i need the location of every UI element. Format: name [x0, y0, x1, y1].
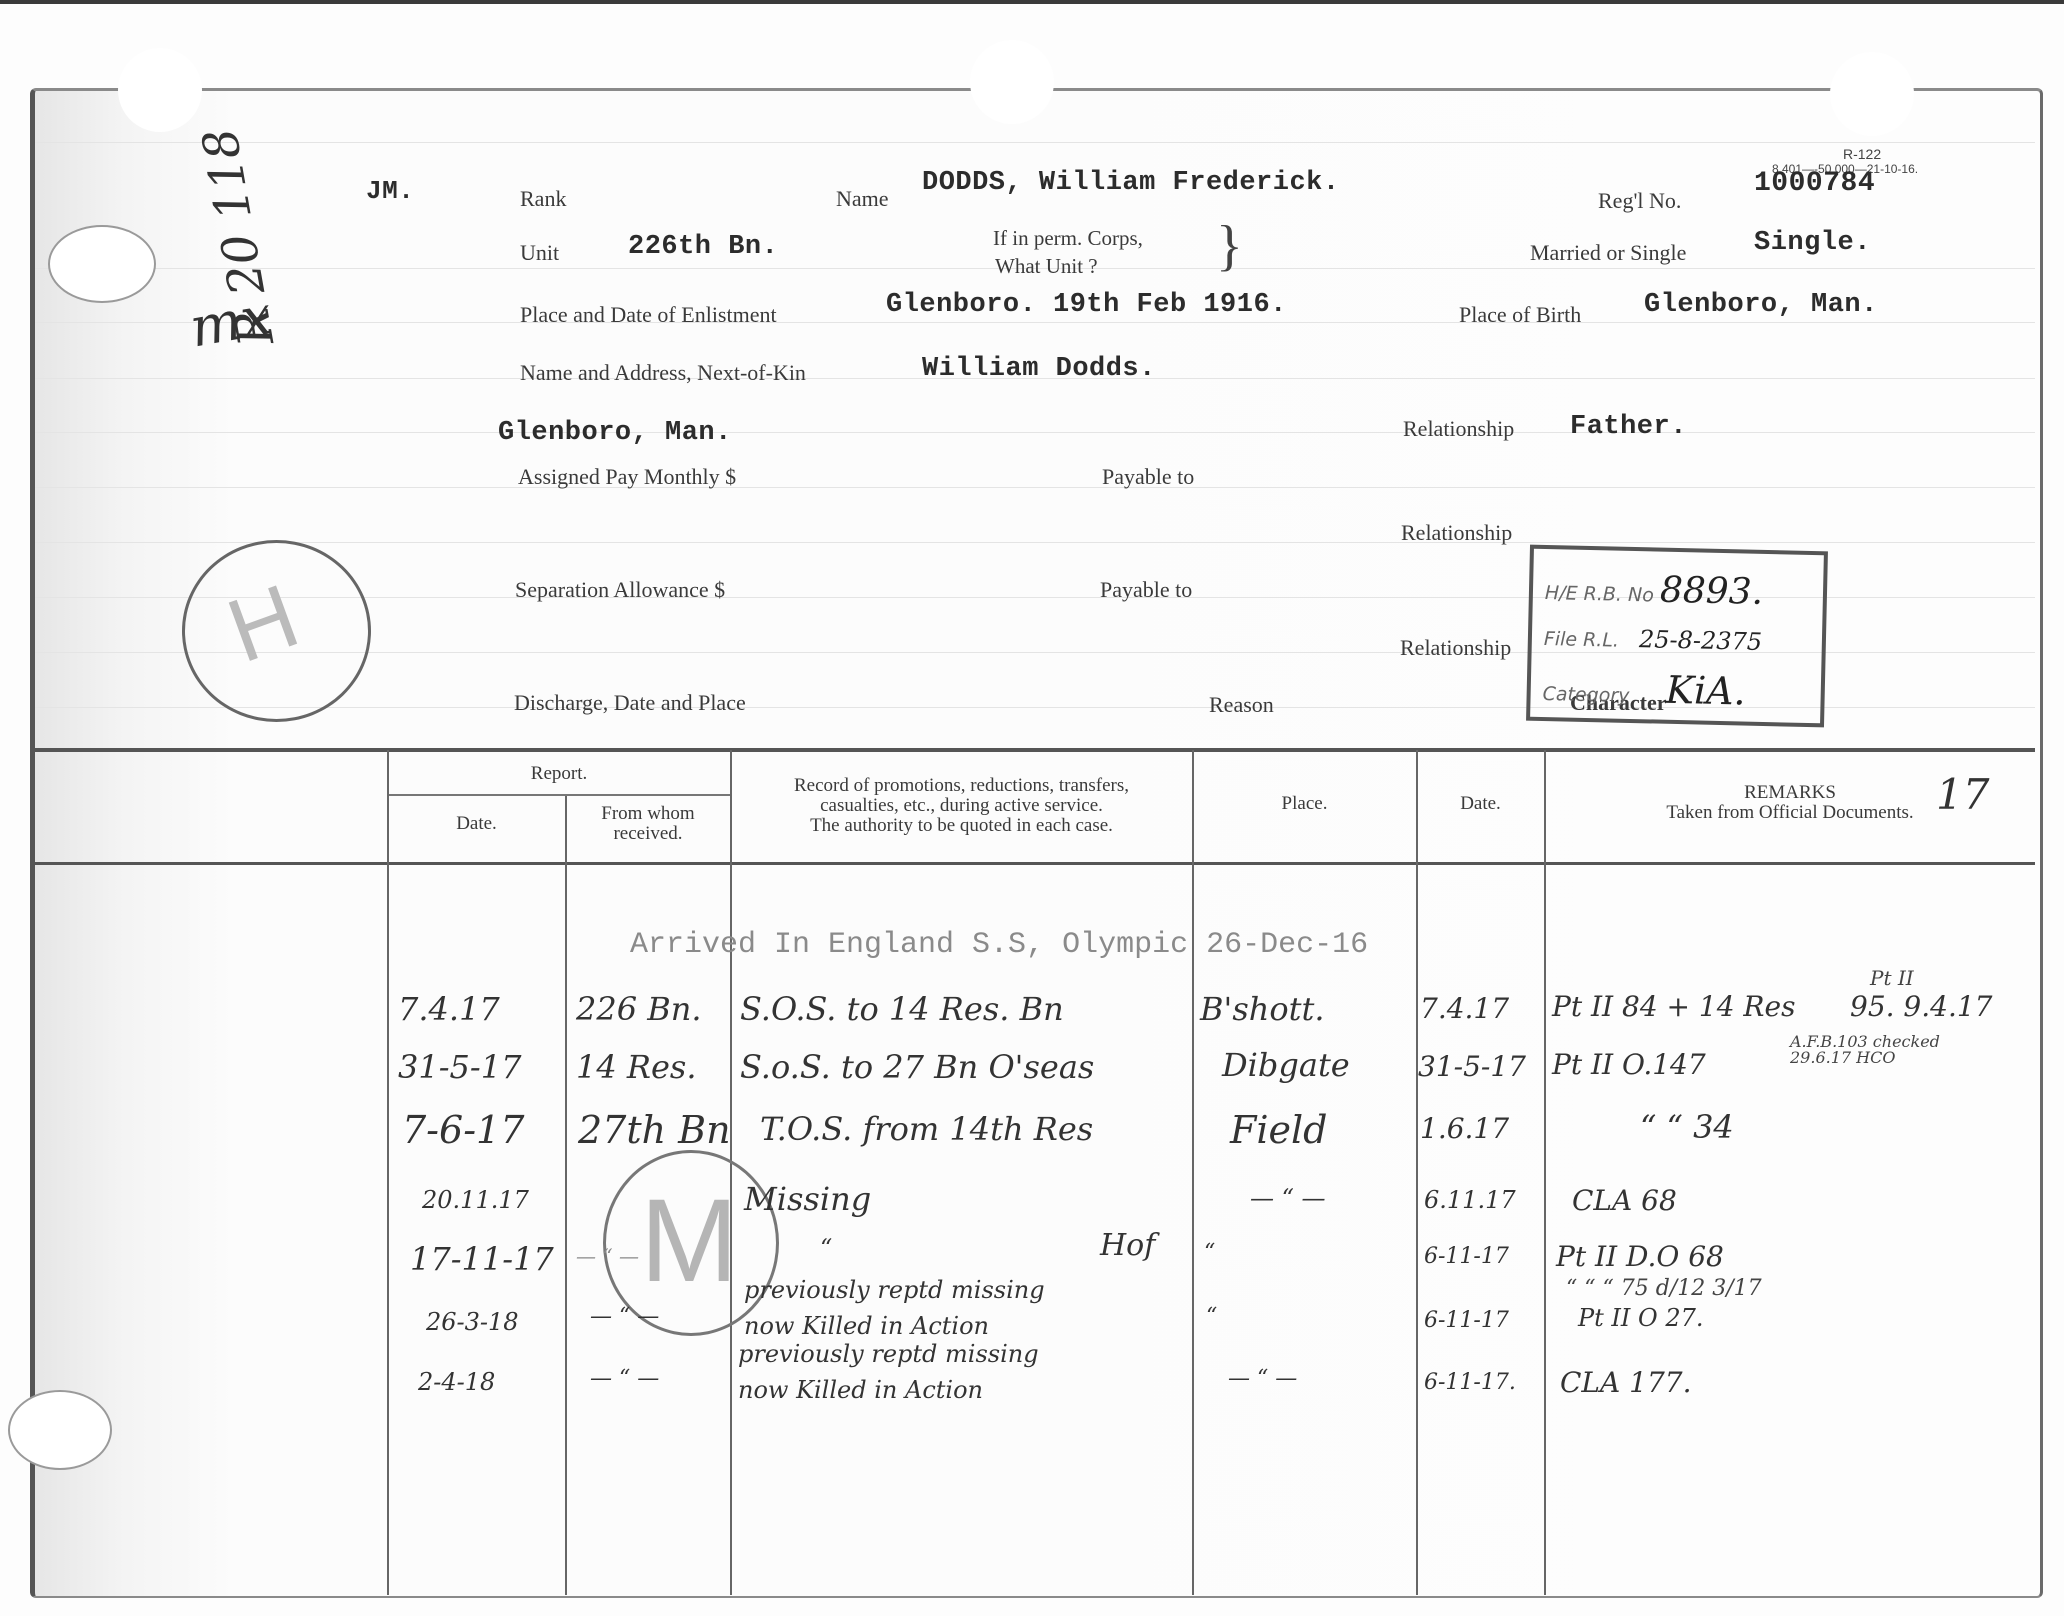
- row-date: 6-11-17: [1424, 1308, 1509, 1333]
- row-remarks: “ “ 34: [1640, 1108, 1734, 1146]
- row-remarks-super: Pt II: [1870, 966, 1914, 990]
- row-remarks: CLA 68: [1572, 1184, 1677, 1217]
- row-record-line: previously reptd missing: [738, 1336, 1039, 1372]
- stamp-rb-label: H/E R.B. No: [1545, 582, 1654, 606]
- row-from-whom: — “ —: [590, 1366, 659, 1391]
- row-remarks: Pt II O 27.: [1578, 1304, 1703, 1332]
- arrival-note: Arrived In England S.S, Olympic 26-Dec-1…: [630, 928, 1368, 962]
- payable-to-label: Payable to: [1102, 464, 1194, 490]
- relationship-value: Father.: [1570, 412, 1687, 442]
- what-unit-label: What Unit ?: [995, 254, 1098, 279]
- row-remarks-extra: “ “ “ 75 d/12 3/17: [1566, 1276, 1762, 1301]
- row-place: “: [1204, 1240, 1215, 1265]
- next-of-kin-name: William Dodds.: [922, 354, 1156, 384]
- punch-hole: [8, 1390, 112, 1470]
- ruled-line: [35, 487, 2035, 488]
- birth-label: Place of Birth: [1459, 302, 1581, 328]
- scan-top-edge: [0, 0, 2064, 4]
- stamp-category-label: Category: [1542, 683, 1629, 707]
- header-place: Place.: [1193, 794, 1416, 814]
- table-top-border: [34, 748, 2035, 752]
- column-divider: [1192, 750, 1194, 1595]
- form-code: R-122: [1843, 146, 1881, 162]
- header-record: Record of promotions, reductions, transf…: [731, 776, 1192, 836]
- report-group-divider: [388, 794, 731, 796]
- column-divider: [565, 796, 567, 1595]
- column-divider: [1544, 750, 1546, 1595]
- enlistment-value: Glenboro. 19th Feb 1916.: [886, 290, 1287, 320]
- stamp-file-label: File R.L.: [1544, 628, 1620, 652]
- row-from-whom: 226 Bn.: [576, 990, 702, 1028]
- row-record: previously reptd missing now Killed in A…: [744, 1272, 1045, 1344]
- column-divider: [387, 750, 389, 1595]
- row-report-date: 7.4.17: [398, 990, 500, 1028]
- payable-to-label-2: Payable to: [1100, 577, 1192, 603]
- row-place: Dibgate: [1222, 1046, 1350, 1084]
- ruled-line: [35, 432, 2035, 433]
- row-record: “: [820, 1234, 832, 1262]
- row-remarks: Pt II D.O 68: [1556, 1240, 1724, 1273]
- assigned-pay-label: Assigned Pay Monthly $: [518, 464, 736, 490]
- relationship-label: Relationship: [1403, 416, 1514, 442]
- record-stamp: H/E R.B. No 8893. File R.L. 25-8-2375 Ca…: [1526, 545, 1828, 728]
- row-record: S.O.S. to 14 Res. Bn: [740, 990, 1064, 1028]
- punch-hole: [970, 40, 1054, 124]
- row-record: previously reptd missing now Killed in A…: [738, 1336, 1039, 1408]
- header-record-line: Record of promotions, reductions, transf…: [731, 776, 1192, 796]
- circle-stamp-letter: M: [640, 1173, 738, 1309]
- header-record-line: The authority to be quoted in each case.: [731, 816, 1192, 836]
- row-remarks-extra: A.F.B.103 checked 29.6.17 HCO: [1790, 1034, 1990, 1066]
- row-record-line: now Killed in Action: [738, 1372, 1039, 1408]
- page-number-note: 17: [1936, 770, 1989, 819]
- relationship-label-2: Relationship: [1401, 520, 1512, 546]
- header-report: Report.: [388, 764, 730, 784]
- row-report-date: 17-11-17: [410, 1240, 554, 1278]
- header-from-whom: From whom received.: [566, 804, 730, 844]
- row-remarks: CLA 177.: [1560, 1366, 1691, 1399]
- name-value: DODDS, William Frederick.: [922, 168, 1340, 198]
- row-place: — “ —: [1228, 1366, 1297, 1391]
- row-from-whom: 27th Bn: [578, 1108, 731, 1152]
- row-from-whom: 14 Res.: [576, 1048, 697, 1086]
- record-prefix: JM.: [366, 176, 414, 206]
- row-remarks-extra: 95. 9.4.17: [1850, 990, 1993, 1023]
- row-date: 7.4.17: [1420, 992, 1509, 1025]
- unit-label: Unit: [520, 240, 559, 266]
- table-header-bottom: [34, 862, 2035, 865]
- circle-stamp-letter: H: [215, 565, 311, 684]
- perm-corps-label: If in perm. Corps,: [993, 226, 1143, 251]
- row-report-date: 26-3-18: [426, 1308, 519, 1336]
- row-remarks: Pt II O.147: [1552, 1048, 1706, 1081]
- row-date: 1.6.17: [1420, 1112, 1509, 1145]
- relationship-label-3: Relationship: [1400, 635, 1511, 661]
- row-from-whom: — “ —: [576, 1244, 639, 1268]
- regl-no-value: 1000784: [1754, 168, 1875, 199]
- row-report-date: 2-4-18: [418, 1368, 495, 1396]
- column-divider: [1416, 750, 1418, 1595]
- stamp-rb-value: 8893.: [1660, 570, 1764, 613]
- birth-value: Glenboro, Man.: [1644, 290, 1878, 320]
- ruled-line: [35, 542, 2035, 543]
- punch-hole: [118, 48, 202, 132]
- row-date: 6-11-17: [1424, 1244, 1509, 1269]
- row-record: T.O.S. from 14th Res: [760, 1110, 1093, 1148]
- row-place: B'shott.: [1200, 990, 1325, 1028]
- circle-stamp-left: H: [182, 540, 371, 722]
- punch-hole: [48, 225, 156, 303]
- punch-hole: [1830, 52, 1914, 136]
- row-remarks: Pt II 84 + 14 Res: [1552, 990, 1795, 1023]
- header-from-whom-line: From whom: [566, 804, 730, 824]
- header-report-date: Date.: [388, 814, 565, 834]
- row-place: “: [1206, 1304, 1217, 1329]
- ruled-line: [35, 322, 2035, 323]
- row-report-date: 20.11.17: [422, 1186, 529, 1214]
- reason-label: Reason: [1209, 692, 1274, 718]
- row-record: Missing: [744, 1180, 871, 1218]
- row-place: — “ —: [1250, 1184, 1326, 1212]
- row-date: 31-5-17: [1418, 1050, 1526, 1083]
- row-date: 6.11.17: [1424, 1186, 1516, 1214]
- married-value: Single.: [1754, 228, 1871, 258]
- ruled-line: [35, 142, 2035, 143]
- row-record-note: Hof: [1100, 1228, 1155, 1263]
- row-report-date: 31-5-17: [398, 1048, 521, 1086]
- enlistment-label: Place and Date of Enlistment: [520, 302, 777, 328]
- row-record-line: previously reptd missing: [744, 1272, 1045, 1308]
- row-place: Field: [1230, 1108, 1328, 1152]
- row-date: 6-11-17.: [1424, 1370, 1516, 1395]
- married-label: Married or Single: [1530, 240, 1686, 266]
- row-from-whom: — “ —: [590, 1304, 659, 1329]
- header-record-line: casualties, etc., during active service.: [731, 796, 1192, 816]
- stamp-category-value: KiA.: [1665, 668, 1746, 714]
- name-label: Name: [836, 186, 889, 212]
- regl-no-label: Reg'l No.: [1598, 188, 1681, 214]
- unit-value: 226th Bn.: [628, 232, 778, 262]
- stamp-file-value: 25-8-2375: [1639, 625, 1763, 656]
- next-of-kin-label: Name and Address, Next-of-Kin: [520, 360, 806, 386]
- header-date: Date.: [1417, 794, 1544, 814]
- row-report-date: 7-6-17: [402, 1108, 524, 1152]
- header-from-whom-line: received.: [566, 824, 730, 844]
- discharge-label: Discharge, Date and Place: [514, 690, 746, 716]
- rank-label: Rank: [520, 186, 566, 212]
- separation-allowance-label: Separation Allowance $: [515, 577, 725, 603]
- next-of-kin-address: Glenboro, Man.: [498, 418, 732, 448]
- brace-glyph: }: [1216, 218, 1243, 274]
- row-record: S.o.S. to 27 Bn O'seas: [740, 1048, 1094, 1086]
